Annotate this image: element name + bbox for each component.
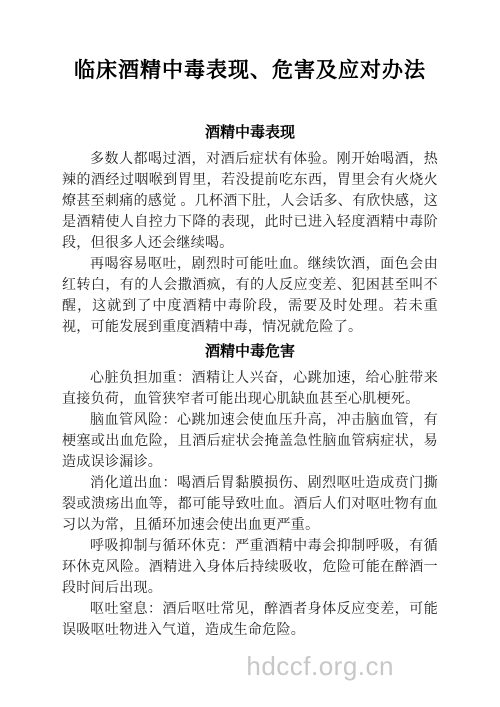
paragraph: 多数人都喝过酒，对酒后症状有体验。刚开始喝酒，热辣的酒经过咽喉到胃里，若没提前吃… (62, 149, 438, 254)
section-symptoms: 酒精中毒表现 多数人都喝过酒，对酒后症状有体验。刚开始喝酒，热辣的酒经过咽喉到胃… (62, 123, 438, 338)
section-heading-harms: 酒精中毒危害 (62, 342, 438, 361)
paragraph: 再喝容易呕吐，剧烈时可能吐血。继续饮酒，面色会由红转白，有的人会撒酒疯，有的人反… (62, 254, 438, 338)
document-page: 临床酒精中毒表现、危害及应对办法 酒精中毒表现 多数人都喝过酒，对酒后症状有体验… (0, 0, 500, 707)
section-harms: 酒精中毒危害 心脏负担加重：酒精让人兴奋，心跳加速，给心脏带来直接负荷，血管狭窄… (62, 342, 438, 641)
paragraph: 呕吐窒息：酒后呕吐常见，醉酒者身体反应变差，可能误吸呕吐物进入气道，造成生命危险… (62, 599, 438, 641)
document-content: 临床酒精中毒表现、危害及应对办法 酒精中毒表现 多数人都喝过酒，对酒后症状有体验… (0, 0, 500, 641)
paragraph: 脑血管风险：心跳加速会使血压升高，冲击脑血管，有梗塞或出血危险，且酒后症状会掩盖… (62, 410, 438, 473)
page-title: 临床酒精中毒表现、危害及应对办法 (62, 0, 438, 84)
section-heading-symptoms: 酒精中毒表现 (62, 123, 438, 142)
paragraph: 呼吸抑制与循环休克：严重酒精中毒会抑制呼吸，有循环休克风险。酒精进入身体后持续吸… (62, 536, 438, 599)
watermark: hdccf.org.cn (246, 651, 394, 682)
paragraph: 心脏负担加重：酒精让人兴奋，心跳加速，给心脏带来直接负荷，血管狭窄者可能出现心肌… (62, 368, 438, 410)
paragraph: 消化道出血：喝酒后胃黏膜损伤、剧烈呕吐造成贲门撕裂或溃疡出血等，都可能导致吐血。… (62, 473, 438, 536)
